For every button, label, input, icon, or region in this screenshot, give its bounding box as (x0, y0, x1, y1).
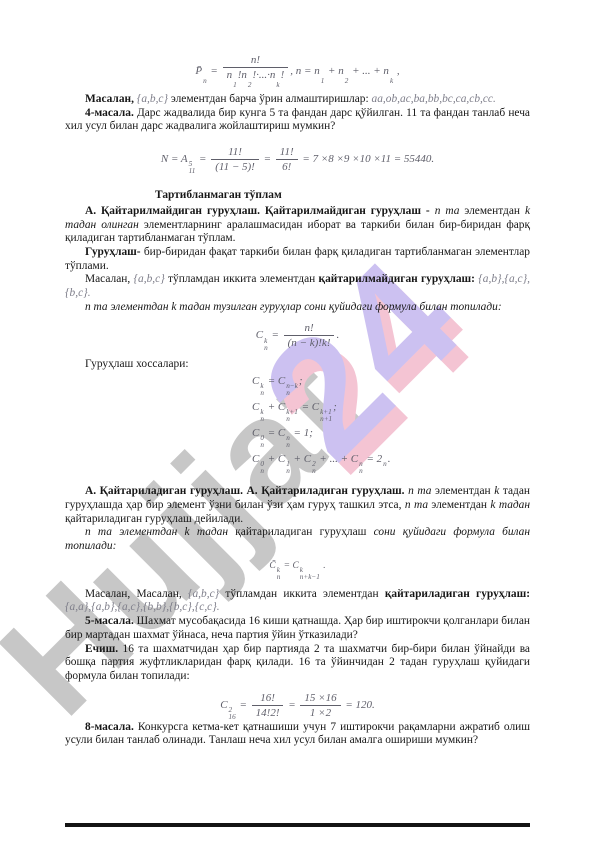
paragraph-solution-5: Ечиш. 16 та шахматчидан ҳар бир партияда… (65, 643, 530, 684)
paragraph-grouping-definition: Гуруҳлаш- бир-биридан фақат таркиби била… (65, 246, 530, 273)
paragraph-task-4: 4-масала. Дарс жадвалида бир кунга 5 та … (65, 107, 530, 134)
formula-combinations: Ckn = n!(n − k)!k!. (65, 322, 530, 351)
paragraph-example-permutations: Масалан, {a,b,c} элементдан барча ўрин а… (65, 93, 530, 107)
paragraph-count-formula-nonrepeating: n та элементдан k тадан тузилган гуруҳла… (65, 301, 530, 315)
paragraph-count-formula-repeating: n та элементдан k тадан қайтариладиган г… (65, 526, 530, 553)
formula-combinations-with-repetition: C̃kn = Ckn+k−1 . (65, 561, 530, 581)
paragraph-example-nonrepeating-groups: Масалан, {a,b,c} тўпламдан иккита элемен… (65, 273, 530, 300)
paragraph-example-repeating-groups: Масалан, Масалан, {a,b,c} тўпламдан икки… (65, 588, 530, 615)
formula-property-2: Ckn + Ck+1n = Ck+1n+1; (252, 401, 530, 423)
paragraph-properties-label: Гуруҳлаш хоссалари: (65, 358, 530, 372)
formula-chess-combinations: C216 = 16!14!2! = 15 ×161 ×2 = 120. (65, 692, 530, 721)
paragraph-task-8: 8-масала. Конкурсга кетма-кет қатнашиши … (65, 721, 530, 748)
paragraph-grouping-with-repetition: А. Қайтариладиган гуруҳлаш. А. Қайтарила… (65, 485, 530, 526)
formula-property-1: Ckn = Cn−kn; (252, 375, 530, 397)
paragraph-grouping-without-repetition: А. Қайтарилмайдиган гуруҳлаш. Қайтарилма… (65, 205, 530, 246)
formula-group-properties: Ckn = Cn−kn; Ckn + Ck+1n = Ck+1n+1; C0n … (252, 375, 530, 475)
formula-property-4: C0n + C1n + C2n + ... + Cnn = 2n. (252, 453, 530, 475)
footer-rule (65, 823, 530, 827)
paragraph-task-5: 5-масала. Шахмат мусобақасида 16 киши қа… (65, 615, 530, 642)
formula-property-3: C0n = Cnn = 1; (252, 427, 530, 449)
document-page: P̄n = n!n1!n2!·...·nk!, n = n1 + n2 + ..… (0, 0, 596, 842)
heading-unordered-set: Тартибланмаган тўплам (155, 189, 530, 203)
formula-permutation-with-repetition: P̄n = n!n1!n2!·...·nk!, n = n1 + n2 + ..… (65, 54, 530, 89)
formula-arrangement-11-5: N = A511 = 11!(11 − 5)! = 11!6! = 7 ×8 ×… (65, 146, 530, 175)
